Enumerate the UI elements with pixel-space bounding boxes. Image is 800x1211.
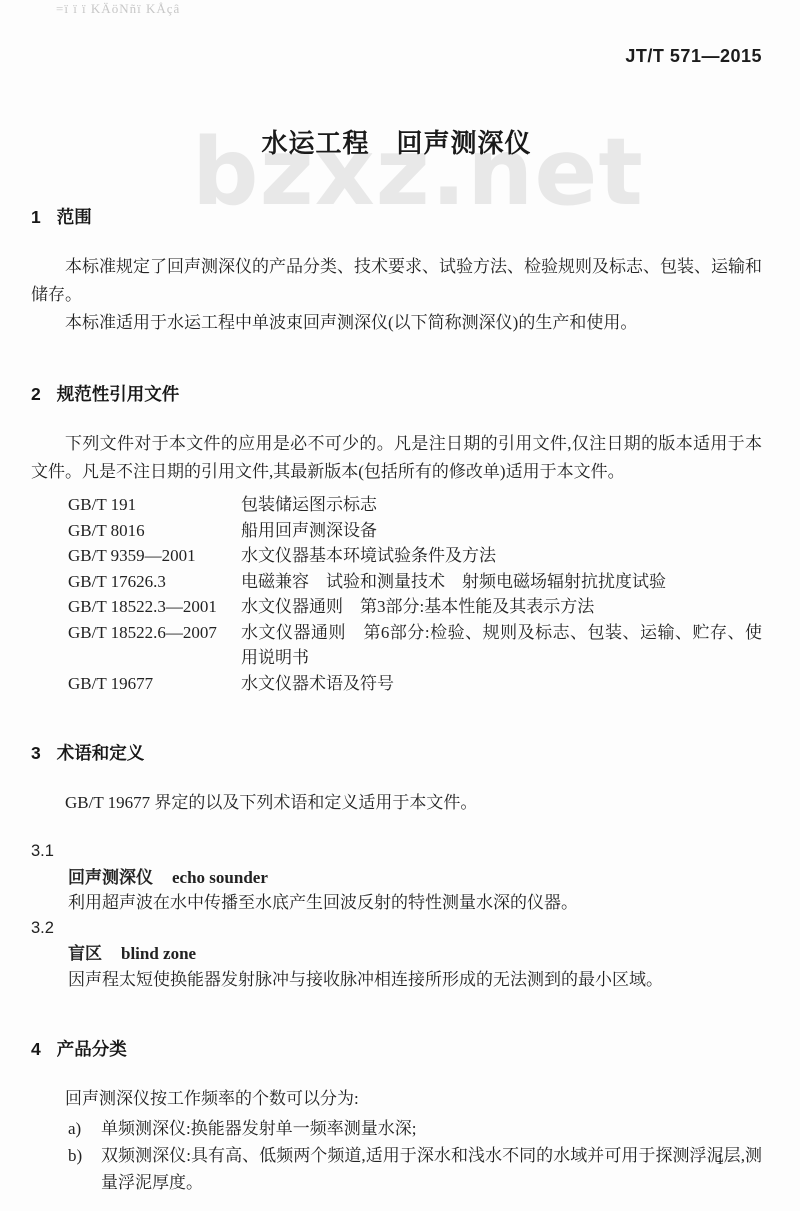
reference-item: GB/T 8016 船用回声测深设备 [68,518,762,544]
terms-list: 3.1 回声测深仪echo sounder 利用超声波在水中传播至水底产生回波反… [31,839,762,992]
term-definition: 因声程太短使换能器发射脉冲与接收脉冲相连接所形成的无法测到的最小区域。 [68,967,762,993]
reference-title: 包装储运图示标志 [241,492,762,518]
section-heading-terms: 3术语和定义 [31,740,762,765]
list-item-text: 双频测深仪:具有高、低频两个频道,适用于深水和浅水不同的水域并可用于探测浮泥层,… [101,1142,762,1196]
reference-item: GB/T 191 包装储运图示标志 [68,492,762,518]
list-marker: a) [68,1115,101,1142]
reference-title: 船用回声测深设备 [241,518,762,544]
list-marker: b) [68,1142,101,1169]
reference-code: GB/T 191 [68,492,241,518]
section-title: 产品分类 [57,1039,127,1059]
page-number: 1 [716,1151,724,1169]
term-name-en: echo sounder [172,868,268,887]
scope-paragraph-1: 本标准规定了回声测深仪的产品分类、技术要求、试验方法、检验规则及标志、包装、运输… [31,253,762,309]
reference-title: 水文仪器通则 第3部分:基本性能及其表示方法 [241,594,762,620]
section-product-classification: 4产品分类 回声测深仪按工作频率的个数可以分为: a) 单频测深仪:换能器发射单… [31,1036,762,1196]
section-number: 1 [31,207,41,228]
section-terms-definitions: 3术语和定义 GB/T 19677 界定的以及下列术语和定义适用于本文件。 3.… [31,740,762,992]
classification-list: a) 单频测深仪:换能器发射单一频率测量水深; b) 双频测深仪:具有高、低频两… [68,1115,762,1196]
list-item-text: 单频测深仪:换能器发射单一频率测量水深; [101,1115,762,1142]
term-name-zh: 盲区 [68,944,102,963]
reference-list: GB/T 191 包装储运图示标志 GB/T 8016 船用回声测深设备 GB/… [68,492,762,696]
term-entry: 3.1 回声测深仪echo sounder 利用超声波在水中传播至水底产生回波反… [31,839,762,916]
term-name-zh: 回声测深仪 [68,868,153,887]
reference-item: GB/T 18522.3—2001 水文仪器通则 第3部分:基本性能及其表示方法 [68,594,762,620]
reference-code: GB/T 9359—2001 [68,543,241,569]
section-number: 3 [31,743,41,764]
section-number: 4 [31,1039,41,1060]
term-definition: 利用超声波在水中传播至水底产生回波反射的特性测量水深的仪器。 [68,890,762,916]
reference-title: 水文仪器基本环境试验条件及方法 [241,543,762,569]
reference-code: GB/T 8016 [68,518,241,544]
section-normative-references: 2规范性引用文件 下列文件对于本文件的应用是必不可少的。凡是注日期的引用文件,仅… [31,381,762,696]
reference-item: GB/T 17626.3 电磁兼容 试验和测量技术 射频电磁场辐射抗扰度试验 [68,569,762,595]
classification-item: b) 双频测深仪:具有高、低频两个频道,适用于深水和浅水不同的水域并可用于探测浮… [68,1142,762,1196]
section-title: 规范性引用文件 [57,384,180,404]
reference-code: GB/T 19677 [68,671,241,697]
classification-intro: 回声测深仪按工作频率的个数可以分为: [31,1085,762,1113]
classification-item: a) 单频测深仪:换能器发射单一频率测量水深; [68,1115,762,1142]
section-title: 术语和定义 [57,743,145,763]
references-intro: 下列文件对于本文件的应用是必不可少的。凡是注日期的引用文件,仅注日期的版本适用于… [31,430,762,486]
page-content: JT/T 571—2015 水运工程 回声测深仪 1范围 本标准规定了回声测深仪… [0,0,800,1196]
term-name: 回声测深仪echo sounder [68,865,762,891]
scope-paragraph-2: 本标准适用于水运工程中单波束回声测深仪(以下简称测深仪)的生产和使用。 [31,309,762,337]
reference-title: 电磁兼容 试验和测量技术 射频电磁场辐射抗扰度试验 [241,569,762,595]
section-heading-scope: 1范围 [31,204,762,229]
term-number: 3.1 [31,839,762,865]
document-title: 水运工程 回声测深仪 [31,123,762,160]
reference-item: GB/T 19677 水文仪器术语及符号 [68,671,762,697]
section-heading-references: 2规范性引用文件 [31,381,762,406]
reference-title: 水文仪器术语及符号 [241,671,762,697]
term-name-en: blind zone [121,944,196,963]
reference-item: GB/T 9359—2001 水文仪器基本环境试验条件及方法 [68,543,762,569]
document-page: =ï ï ï KÄöNñï KÅçâ bzxz.net JT/T 571—201… [0,0,800,1211]
section-heading-classification: 4产品分类 [31,1036,762,1061]
reference-code: GB/T 17626.3 [68,569,241,595]
section-scope: 1范围 本标准规定了回声测深仪的产品分类、技术要求、试验方法、检验规则及标志、包… [31,204,762,337]
term-number: 3.2 [31,916,762,942]
term-name: 盲区blind zone [68,941,762,967]
terms-intro: GB/T 19677 界定的以及下列术语和定义适用于本文件。 [31,789,762,817]
section-number: 2 [31,384,41,405]
term-entry: 3.2 盲区blind zone 因声程太短使换能器发射脉冲与接收脉冲相连接所形… [31,916,762,993]
section-title: 范围 [57,207,92,227]
standard-number: JT/T 571—2015 [31,0,762,67]
reference-code: GB/T 18522.3—2001 [68,594,241,620]
reference-title: 水文仪器通则 第6部分:检验、规则及标志、包装、运输、贮存、使用说明书 [241,620,762,671]
reference-code: GB/T 18522.6—2007 [68,620,241,646]
reference-item: GB/T 18522.6—2007 水文仪器通则 第6部分:检验、规则及标志、包… [68,620,762,671]
